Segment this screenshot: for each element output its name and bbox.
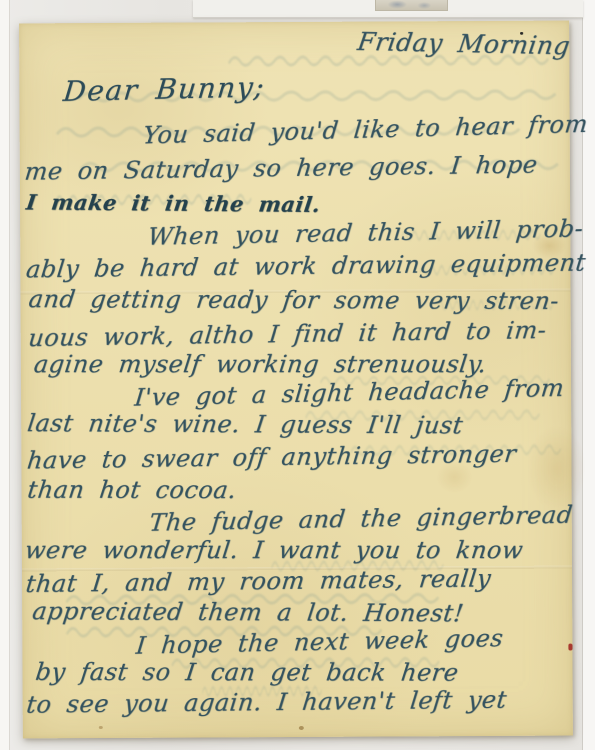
paper-speck — [99, 726, 103, 729]
letter-line: uous work, altho I find it hard to im- — [27, 315, 548, 353]
tape-fragment — [375, 0, 448, 11]
letter-line: I hope the next week goes — [135, 623, 505, 661]
letter-line: appreciated them a lot. Honest! — [31, 596, 466, 628]
letter-line: me on Saturday so here goes. I hope — [23, 149, 539, 186]
stain — [526, 425, 586, 510]
letter-line: by fast so I can get back here — [34, 657, 461, 688]
red-mark — [568, 644, 572, 651]
letter-line: last nite's wine. I guess I'll just — [26, 408, 465, 440]
letter-line: than hot cocoa. — [26, 475, 238, 505]
letter-line: to see you again. I haven't left yet — [25, 685, 509, 720]
letter-line: You said you'd like to hear from — [142, 109, 590, 151]
letter-line: have to swear off anything stronger — [26, 439, 518, 476]
scanner-edge-left — [0, 0, 10, 750]
letter-line: agine myself working strenuously. — [32, 349, 488, 379]
letter-line: were wonderful. I want you to know — [23, 535, 525, 565]
letter-paper: Friday Morning Dear Bunny; You said you'… — [19, 21, 573, 739]
letter-line: that I, and my room mates, really — [24, 563, 492, 599]
letter-line: ably be hard at work drawing equipment — [25, 248, 588, 285]
salutation-line: Dear Bunny; — [62, 72, 267, 107]
date-line: Friday Morning — [355, 27, 572, 61]
paper-speck — [299, 726, 304, 730]
letter-line: and getting ready for some very stren- — [27, 284, 561, 316]
letter-line: I make it in the mail. — [24, 187, 322, 220]
letter-line: The fudge and the gingerbread — [148, 500, 574, 538]
letter-line: When you read this I will prob- — [146, 213, 585, 251]
